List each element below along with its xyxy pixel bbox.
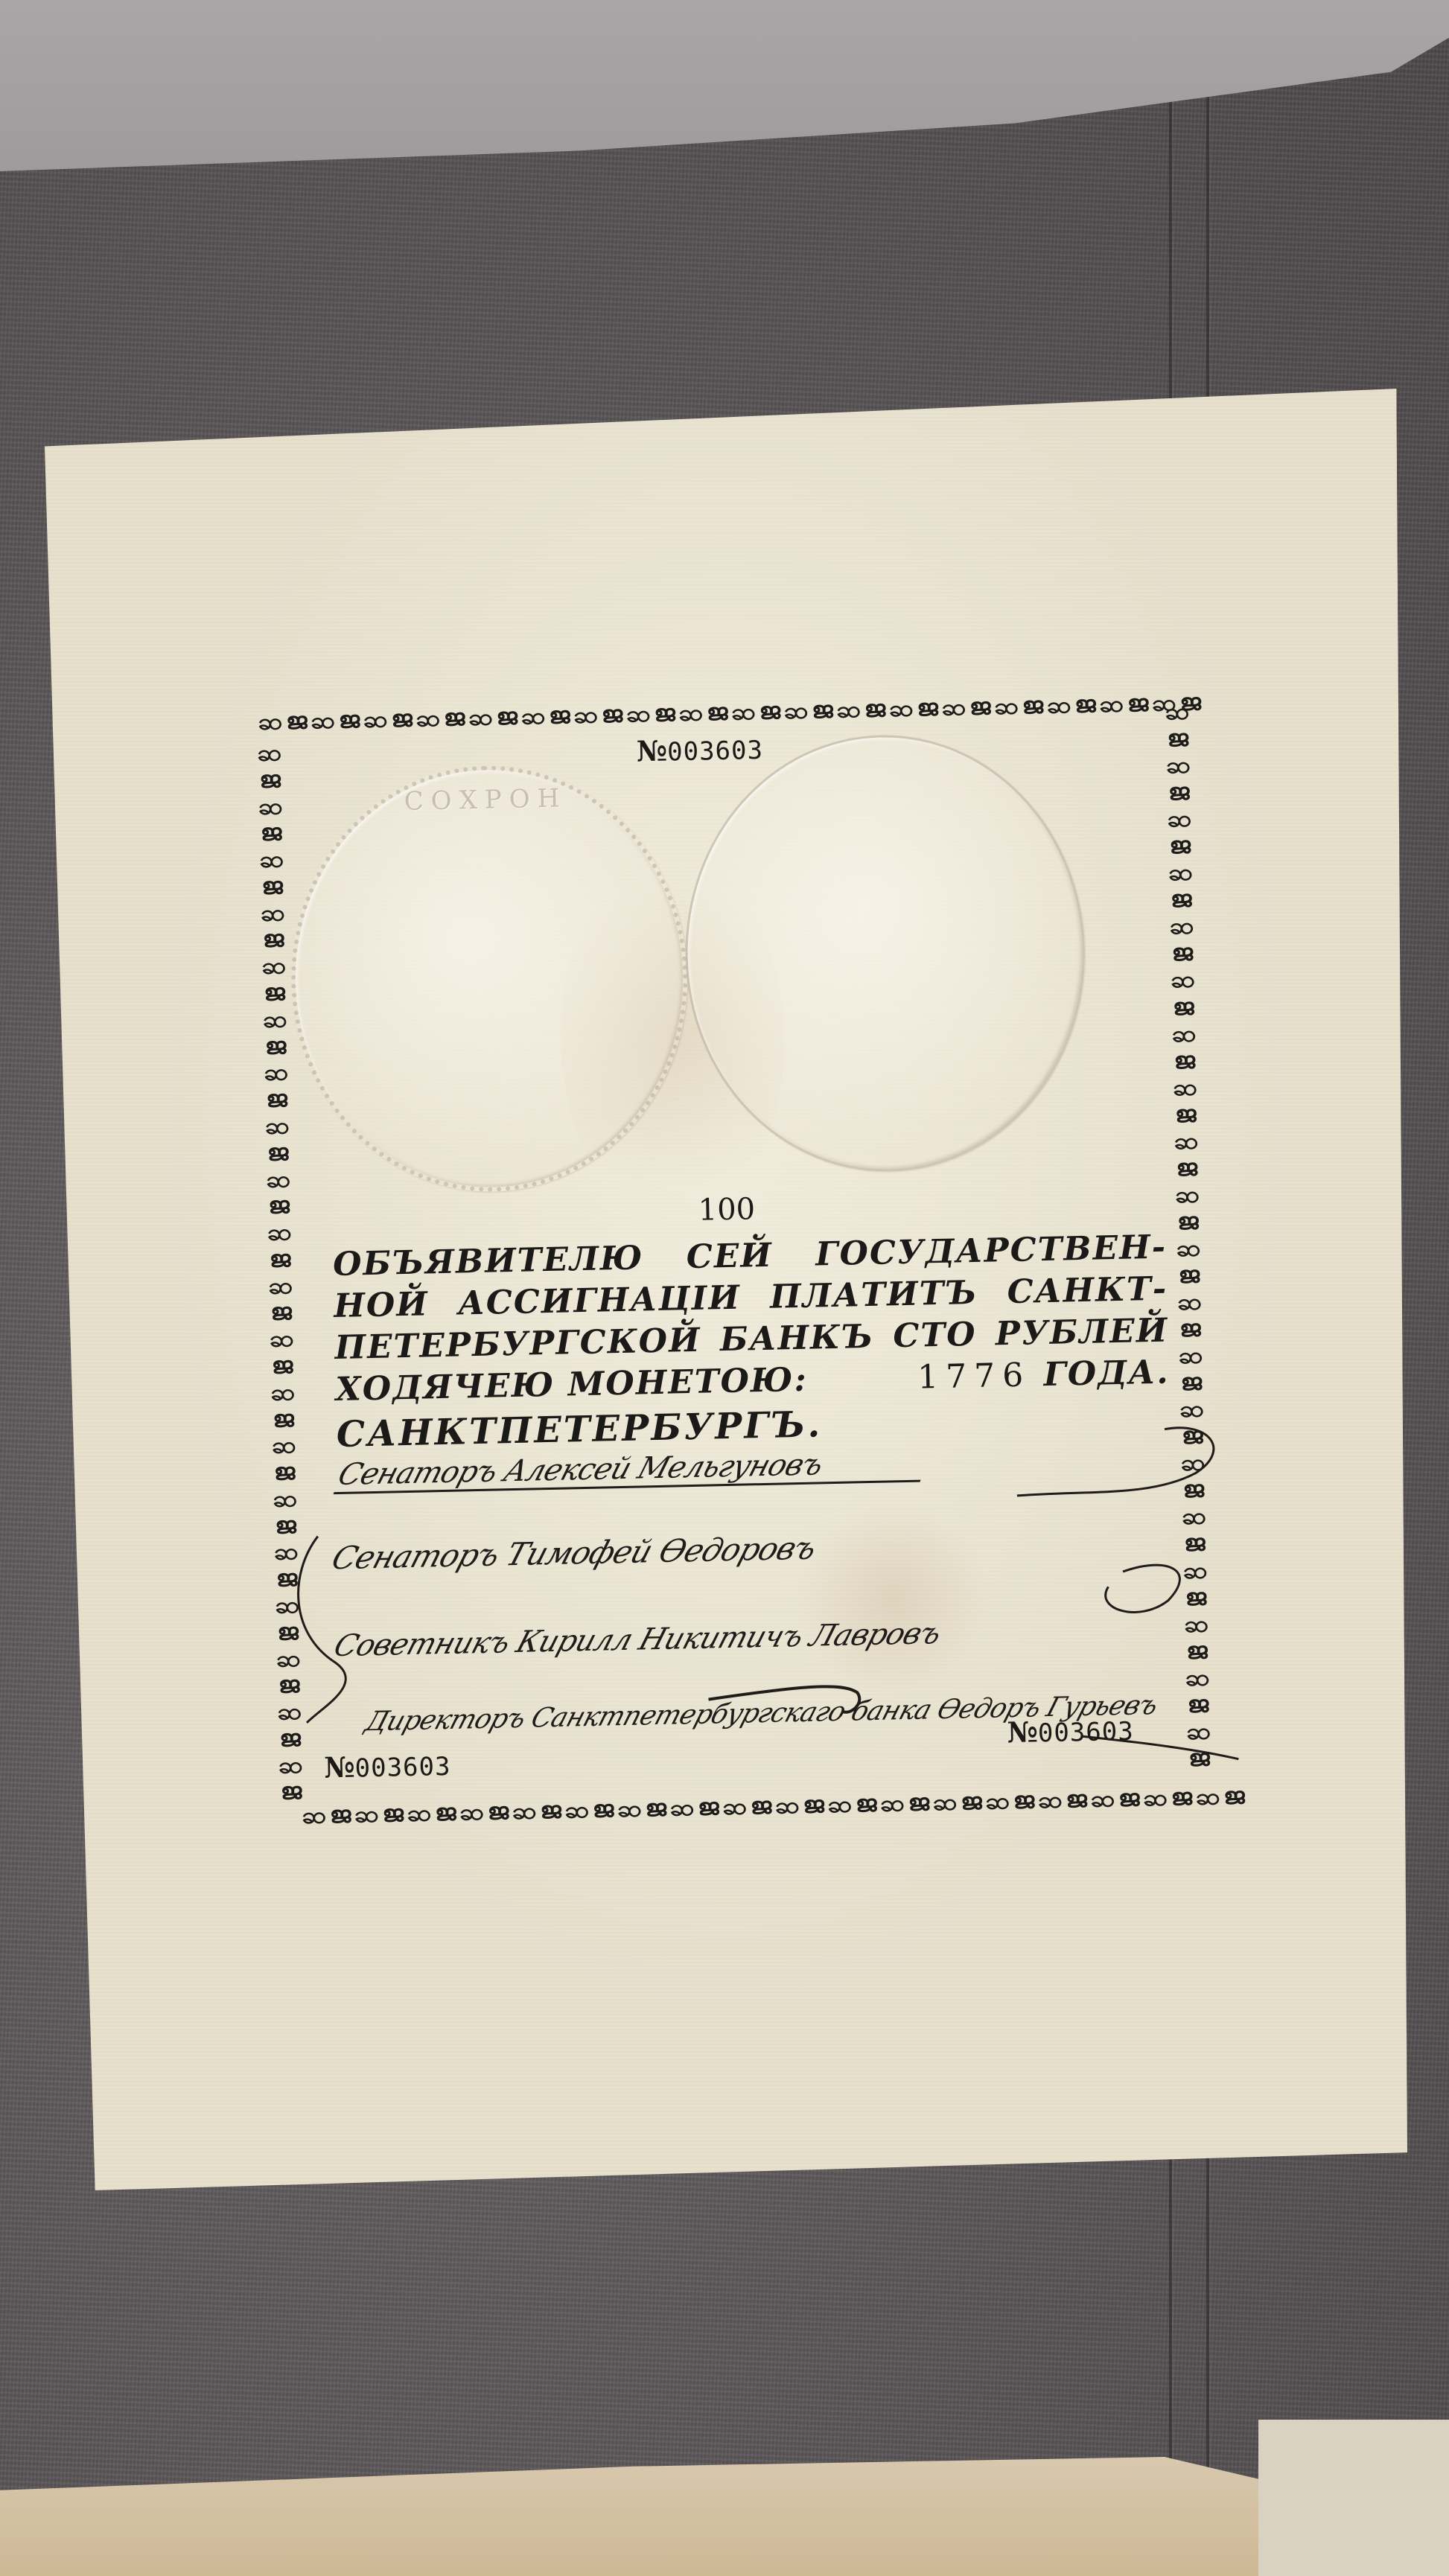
- issue-year: 1776: [917, 1356, 1031, 1396]
- paper-sheet-bottom-right: [1258, 2420, 1449, 2576]
- word: САНКТ-: [1007, 1269, 1168, 1314]
- border-ornament-glyph: ဆ: [1142, 1786, 1168, 1809]
- border-ornament-glyph: ဆ: [625, 703, 652, 726]
- ornamental-border-right: ဆജဆജဆജဆജဆജဆജဆജဆജဆജဆജဆജဆജဆജဆജဆജဆജဆജဆജဆജဆജ: [1165, 699, 1212, 1771]
- border-ornament-glyph: ဆ: [354, 1803, 380, 1826]
- word: АССИГНАЦІИ: [457, 1278, 741, 1325]
- border-ornament-glyph: ဆ: [269, 1327, 295, 1351]
- border-ornament-glyph: ဆ: [256, 742, 282, 765]
- border-ornament-glyph: ജ: [800, 1794, 827, 1817]
- border-ornament-glyph: ဆ: [263, 1061, 289, 1084]
- year-suffix: ГОДА.: [1043, 1354, 1170, 1394]
- ornamental-border-left: ဆജဆജဆജဆജဆജဆജဆജဆജဆജဆജဆജဆജဆജဆജဆജဆജဆജဆജဆജဆജ: [256, 740, 304, 1805]
- border-ornament-glyph: ဆ: [564, 1799, 590, 1822]
- border-ornament-glyph: ജ: [258, 821, 284, 844]
- border-ornament-glyph: ဆ: [258, 848, 284, 871]
- border-ornament-glyph: ဆ: [270, 1381, 296, 1404]
- border-ornament-glyph: ജ: [1182, 1532, 1208, 1555]
- border-ornament-glyph: ജ: [1125, 692, 1151, 715]
- border-ornament-glyph: ဆ: [520, 705, 547, 728]
- border-ornament-glyph: ജ: [958, 1791, 984, 1814]
- border-ornament-glyph: ജ: [433, 1801, 459, 1824]
- border-ornament-glyph: ജ: [265, 1141, 291, 1164]
- border-ornament-glyph: ဆ: [260, 902, 286, 925]
- border-ornament-glyph: ജ: [905, 1791, 931, 1814]
- border-ornament-glyph: ဆ: [722, 1795, 748, 1818]
- word: ОБЪЯВИТЕЛЮ: [333, 1237, 644, 1286]
- denomination: 100: [698, 1192, 755, 1228]
- border-ornament-glyph: ജ: [1166, 781, 1192, 804]
- border-ornament-glyph: ജ: [277, 1727, 303, 1750]
- border-ornament-glyph: ജ: [1169, 942, 1195, 965]
- border-ornament-glyph: ဆ: [459, 1801, 485, 1824]
- border-ornament-glyph: ဆ: [1176, 1290, 1203, 1313]
- border-ornament-glyph: ဆ: [301, 1804, 327, 1827]
- border-ornament-glyph: ജ: [1019, 695, 1045, 718]
- serial-number-bottom-left: №003603: [324, 1748, 451, 1785]
- foxing-stain: [794, 1500, 991, 1697]
- border-ornament-glyph: ജ: [652, 702, 678, 725]
- border-ornament-glyph: ജ: [257, 768, 283, 791]
- border-ornament-glyph: ဆ: [1090, 1788, 1116, 1811]
- border-ornament-glyph: ဆ: [1174, 1183, 1200, 1206]
- border-ornament-glyph: ဆ: [512, 1799, 538, 1823]
- border-ornament-glyph: ဆ: [1178, 1344, 1204, 1367]
- border-ornament-glyph: ജ: [442, 707, 468, 730]
- border-ornament-glyph: ജ: [862, 698, 888, 721]
- border-ornament-glyph: ဆ: [827, 1793, 853, 1816]
- border-ornament-glyph: ဆ: [1183, 1613, 1209, 1636]
- border-ornament-glyph: ജ: [1179, 1425, 1206, 1448]
- border-ornament-glyph: ဆ: [468, 706, 494, 729]
- border-ornament-glyph: ဆ: [273, 1540, 299, 1563]
- border-ornament-glyph: ജ: [1175, 1210, 1201, 1233]
- border-ornament-glyph: ജ: [1168, 1786, 1194, 1809]
- border-ornament-glyph: ဆ: [276, 1647, 302, 1670]
- border-ornament-glyph: ဆ: [993, 695, 1019, 718]
- border-ornament-glyph: ဆ: [1169, 915, 1195, 938]
- numero-sign: №: [1007, 1715, 1038, 1749]
- border-ornament-glyph: ജ: [272, 1461, 298, 1484]
- border-ornament-glyph: ജ: [274, 1567, 300, 1590]
- border-ornament-glyph: ജ: [704, 701, 730, 724]
- border-ornament-glyph: ജ: [336, 709, 362, 732]
- border-ornament-glyph: ဆ: [1165, 700, 1191, 723]
- border-ornament-glyph: ဆ: [1179, 1398, 1205, 1421]
- border-ornament-glyph: ജ: [1221, 1785, 1247, 1808]
- border-ornament-glyph: ဆ: [264, 1115, 290, 1138]
- border-ornament-glyph: ဆ: [1165, 754, 1191, 777]
- signature-2: Сенаторъ Тимофей Ѳедоровъ: [328, 1529, 821, 1576]
- border-ornament-glyph: ജ: [967, 695, 993, 718]
- border-ornament-glyph: ജ: [261, 981, 287, 1004]
- border-ornament-glyph: ജ: [263, 1035, 289, 1058]
- serial-number-top: №003603: [636, 732, 763, 768]
- border-ornament-glyph: ဆ: [407, 1802, 433, 1825]
- border-ornament-glyph: ဆ: [879, 1792, 905, 1815]
- border-ornament-glyph: ജ: [1171, 995, 1197, 1018]
- serial-digits: 003603: [667, 736, 764, 768]
- border-ornament-glyph: ဆ: [1185, 1666, 1211, 1689]
- border-ornament-glyph: ജ: [748, 1795, 774, 1818]
- border-ornament-glyph: ജ: [1184, 1639, 1210, 1662]
- border-ornament-glyph: ဆ: [258, 795, 284, 818]
- border-ornament-glyph: ജ: [853, 1793, 879, 1816]
- border-ornament-glyph: ဆ: [932, 1791, 958, 1814]
- border-ornament-glyph: ജ: [538, 1799, 564, 1822]
- border-ornament-glyph: ဆ: [1046, 694, 1072, 717]
- border-ornament-glyph: ജ: [485, 1800, 511, 1823]
- word: СЕЙ: [686, 1235, 773, 1278]
- border-ornament-glyph: ജ: [1185, 1693, 1211, 1716]
- border-ornament-glyph: ဆ: [278, 1753, 304, 1776]
- border-ornament-glyph: ဆ: [1167, 808, 1193, 831]
- border-ornament-glyph: ജ: [914, 697, 940, 720]
- border-ornament-glyph: ဆ: [783, 699, 809, 722]
- ornamental-border-bottom: ဆജဆജဆജဆജဆജဆജဆജဆജဆജဆജဆജဆജဆജဆജဆജဆജဆജဆജ: [301, 1784, 1246, 1829]
- border-ornament-glyph: ဆ: [1037, 1788, 1063, 1811]
- border-ornament-glyph: ဆ: [774, 1794, 800, 1817]
- word: РУБЛЕЙ: [995, 1310, 1169, 1356]
- border-ornament-glyph: ജ: [1168, 888, 1194, 911]
- border-ornament-glyph: ဆ: [1176, 1237, 1202, 1260]
- serial-digits: 003603: [354, 1752, 451, 1784]
- border-ornament-glyph: ဆ: [1180, 1452, 1206, 1475]
- border-ornament-glyph: ဆ: [573, 704, 599, 727]
- border-ornament-glyph: ജ: [1176, 1263, 1202, 1287]
- border-ornament-glyph: ဆ: [267, 1274, 293, 1297]
- border-ornament-glyph: ဆ: [835, 698, 862, 721]
- border-ornament-glyph: ജ: [1186, 1747, 1212, 1770]
- border-ornament-glyph: ဆ: [678, 701, 704, 724]
- border-ornament-glyph: ജ: [1072, 693, 1098, 716]
- border-ornament-glyph: ജ: [1173, 1103, 1199, 1126]
- border-ornament-glyph: ဆ: [271, 1434, 297, 1457]
- seal-legend: СОХРОН: [292, 781, 680, 819]
- border-ornament-glyph: ജ: [809, 698, 835, 721]
- word: СТО: [893, 1314, 977, 1357]
- border-ornament-glyph: ജ: [1116, 1787, 1142, 1810]
- border-ornament-glyph: ജ: [1171, 1049, 1197, 1072]
- border-ornament-glyph: ဆ: [274, 1594, 300, 1617]
- border-ornament-glyph: ജ: [266, 1194, 292, 1217]
- border-ornament-glyph: ဆ: [669, 1796, 695, 1820]
- border-ornament-glyph: ဆ: [265, 1167, 291, 1190]
- border-ornament-glyph: ജ: [278, 1780, 305, 1803]
- border-ornament-glyph: ဆ: [261, 954, 287, 978]
- border-ornament-glyph: ജ: [1063, 1788, 1089, 1811]
- ornamental-border-top: ဆജဆജဆജဆജဆജဆജဆജဆജဆജဆജဆജဆജဆജဆജဆജဆജဆജဆജ: [258, 689, 1203, 735]
- border-ornament-glyph: ဆ: [1172, 1076, 1198, 1099]
- border-ornament-glyph: ജ: [1178, 1371, 1204, 1394]
- assignat-banknote: СОХРОН ဆജဆജဆജဆജဆജဆജဆജဆജဆജဆജဆജဆജဆജဆജဆജဆജဆ…: [45, 389, 1407, 2190]
- border-ornament-glyph: ဆ: [941, 696, 967, 719]
- border-ornament-glyph: ဆ: [267, 1221, 293, 1244]
- word: НОЙ: [334, 1284, 430, 1327]
- word: ГОСУДАРСТВЕН-: [815, 1227, 1168, 1276]
- word: ПЛАТИТЪ: [769, 1272, 978, 1319]
- banknote-face: СОХРОН ဆജဆജဆജဆജဆജဆജဆജဆജဆജဆജဆജဆജဆജဆജဆജဆജဆ…: [26, 374, 1426, 2204]
- border-ornament-glyph: ജ: [389, 707, 415, 730]
- border-ornament-glyph: ဆ: [1195, 1785, 1221, 1808]
- border-ornament-glyph: ജ: [757, 700, 783, 723]
- border-ornament-glyph: ജ: [380, 1802, 406, 1826]
- border-ornament-glyph: ဆ: [1168, 861, 1194, 884]
- word: ПЕТЕРБУРГСКОЙ: [334, 1320, 701, 1369]
- printed-promise-text: ОБЪЯВИТЕЛЮ СЕЙ ГОСУДАРСТВЕН- НОЙ АССИГНА…: [333, 1227, 1171, 1456]
- numero-sign: №: [636, 733, 667, 768]
- border-ornament-glyph: ജ: [284, 710, 310, 733]
- border-ornament-glyph: ജ: [276, 1674, 302, 1697]
- border-ornament-glyph: ജ: [328, 1803, 354, 1826]
- border-ornament-glyph: ജ: [1173, 1156, 1200, 1179]
- border-ornament-glyph: ജ: [273, 1514, 299, 1537]
- border-ornament-glyph: ဆ: [1170, 969, 1196, 992]
- border-ornament-glyph: ဆ: [1185, 1720, 1211, 1743]
- border-ornament-glyph: ജ: [268, 1301, 294, 1324]
- border-ornament-glyph: ဆ: [276, 1700, 302, 1724]
- border-ornament-glyph: ജ: [270, 1354, 296, 1377]
- border-ornament-glyph: ဆ: [262, 1008, 288, 1031]
- border-ornament-glyph: ജ: [275, 1621, 301, 1644]
- word: БАНКЪ: [719, 1316, 874, 1361]
- border-ornament-glyph: ജ: [1180, 1479, 1206, 1502]
- border-ornament-glyph: ജ: [270, 1407, 296, 1430]
- border-ornament-glyph: ജ: [1011, 1789, 1037, 1812]
- border-ornament-glyph: ဆ: [1182, 1559, 1208, 1582]
- border-ornament-glyph: ဆ: [730, 701, 757, 724]
- border-ornament-glyph: ജ: [643, 1796, 669, 1820]
- border-ornament-glyph: ജ: [1165, 727, 1191, 750]
- serial-number-bottom-right: №003603: [1007, 1713, 1134, 1750]
- border-ornament-glyph: ဆ: [1181, 1505, 1207, 1528]
- border-ornament-glyph: ജ: [494, 705, 520, 728]
- border-ornament-glyph: ဆ: [258, 710, 284, 733]
- border-ornament-glyph: ဆ: [1171, 1022, 1197, 1045]
- border-ornament-glyph: ဆ: [272, 1488, 298, 1511]
- border-ornament-glyph: ജ: [547, 704, 573, 727]
- serial-digits: 003603: [1037, 1717, 1134, 1749]
- border-ornament-glyph: ဆ: [310, 710, 336, 733]
- border-ornament-glyph: ജ: [259, 875, 285, 898]
- border-ornament-glyph: ജ: [1167, 835, 1193, 858]
- border-ornament-glyph: ဆ: [888, 697, 914, 720]
- border-ornament-glyph: ജ: [590, 1798, 617, 1821]
- numero-sign: №: [324, 1750, 355, 1785]
- border-ornament-glyph: ဆ: [363, 708, 389, 731]
- border-ornament-glyph: ဆ: [1098, 692, 1124, 715]
- border-ornament-glyph: ജ: [267, 1248, 293, 1271]
- border-ornament-glyph: ဆ: [415, 707, 441, 730]
- border-ornament-glyph: ജ: [599, 703, 625, 726]
- border-ornament-glyph: ဆ: [617, 1797, 643, 1820]
- border-ornament-glyph: ജ: [261, 928, 287, 951]
- border-ornament-glyph: ജ: [695, 1796, 722, 1819]
- border-ornament-glyph: ဆ: [1173, 1129, 1200, 1152]
- border-ornament-glyph: ജ: [1182, 1586, 1208, 1609]
- border-ornament-glyph: ဆ: [984, 1790, 1010, 1813]
- currency-phrase: ХОДЯЧЕЮ МОНЕТОЮ:: [335, 1359, 808, 1411]
- border-ornament-glyph: ജ: [264, 1088, 290, 1111]
- border-ornament-glyph: ജ: [1177, 1317, 1203, 1340]
